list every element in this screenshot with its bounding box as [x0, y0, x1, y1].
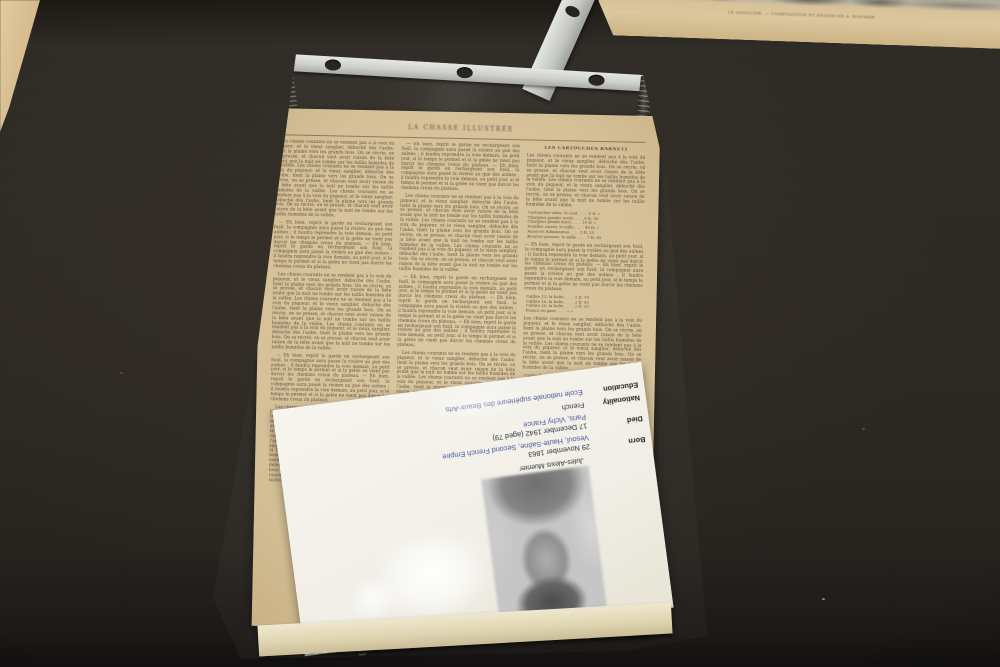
body-text: Les chiens courants ne se rendent pas à … [526, 153, 646, 209]
body-text: — Eh bien, reprit le garde en rechargean… [397, 275, 517, 351]
punch-hole [456, 67, 473, 79]
table-surface-corner [0, 0, 54, 140]
engraving-print: LE SANGLIER. — COMPOSITION ET DESSIN DE … [591, 0, 1000, 49]
body-text: — Eh bien, reprit le garde en rechargean… [400, 142, 520, 193]
dust-speck [120, 372, 123, 374]
body-text: — Eh bien, reprit le garde en rechargean… [524, 242, 644, 293]
price-list: Calibre 12, la boîte . . . . 2 fr. 75 Ca… [526, 294, 643, 316]
body-text: — Eh bien, reprit le garde en rechargean… [273, 220, 393, 271]
page-number: 264 [276, 122, 287, 128]
punch-hole [325, 59, 342, 71]
row-text: French [561, 400, 585, 412]
body-text: Les chiens courants ne se rendent pas à … [274, 139, 394, 219]
column-heading: LES CARTOUCHES BARNETT [527, 145, 646, 152]
newspaper-title: LA CHASSE ILLUSTRÉE [276, 121, 646, 136]
punch-hole [588, 74, 605, 86]
photo-scene: LE SANGLIER. — COMPOSITION ET DESSIN DE … [0, 0, 1000, 667]
body-text: Les chiens courants ne se rendent pas à … [399, 194, 519, 274]
punch-hole [564, 4, 582, 19]
dust-speck [822, 598, 825, 600]
sleeve-binding-strip [289, 54, 646, 92]
dust-speck [862, 428, 865, 430]
row-label: Born [588, 426, 646, 451]
body-text: Les chiens courants ne se rendent pas à … [271, 272, 391, 352]
price-list: Cartouches vides, le cent . . . . 6 fr. … [527, 210, 644, 242]
